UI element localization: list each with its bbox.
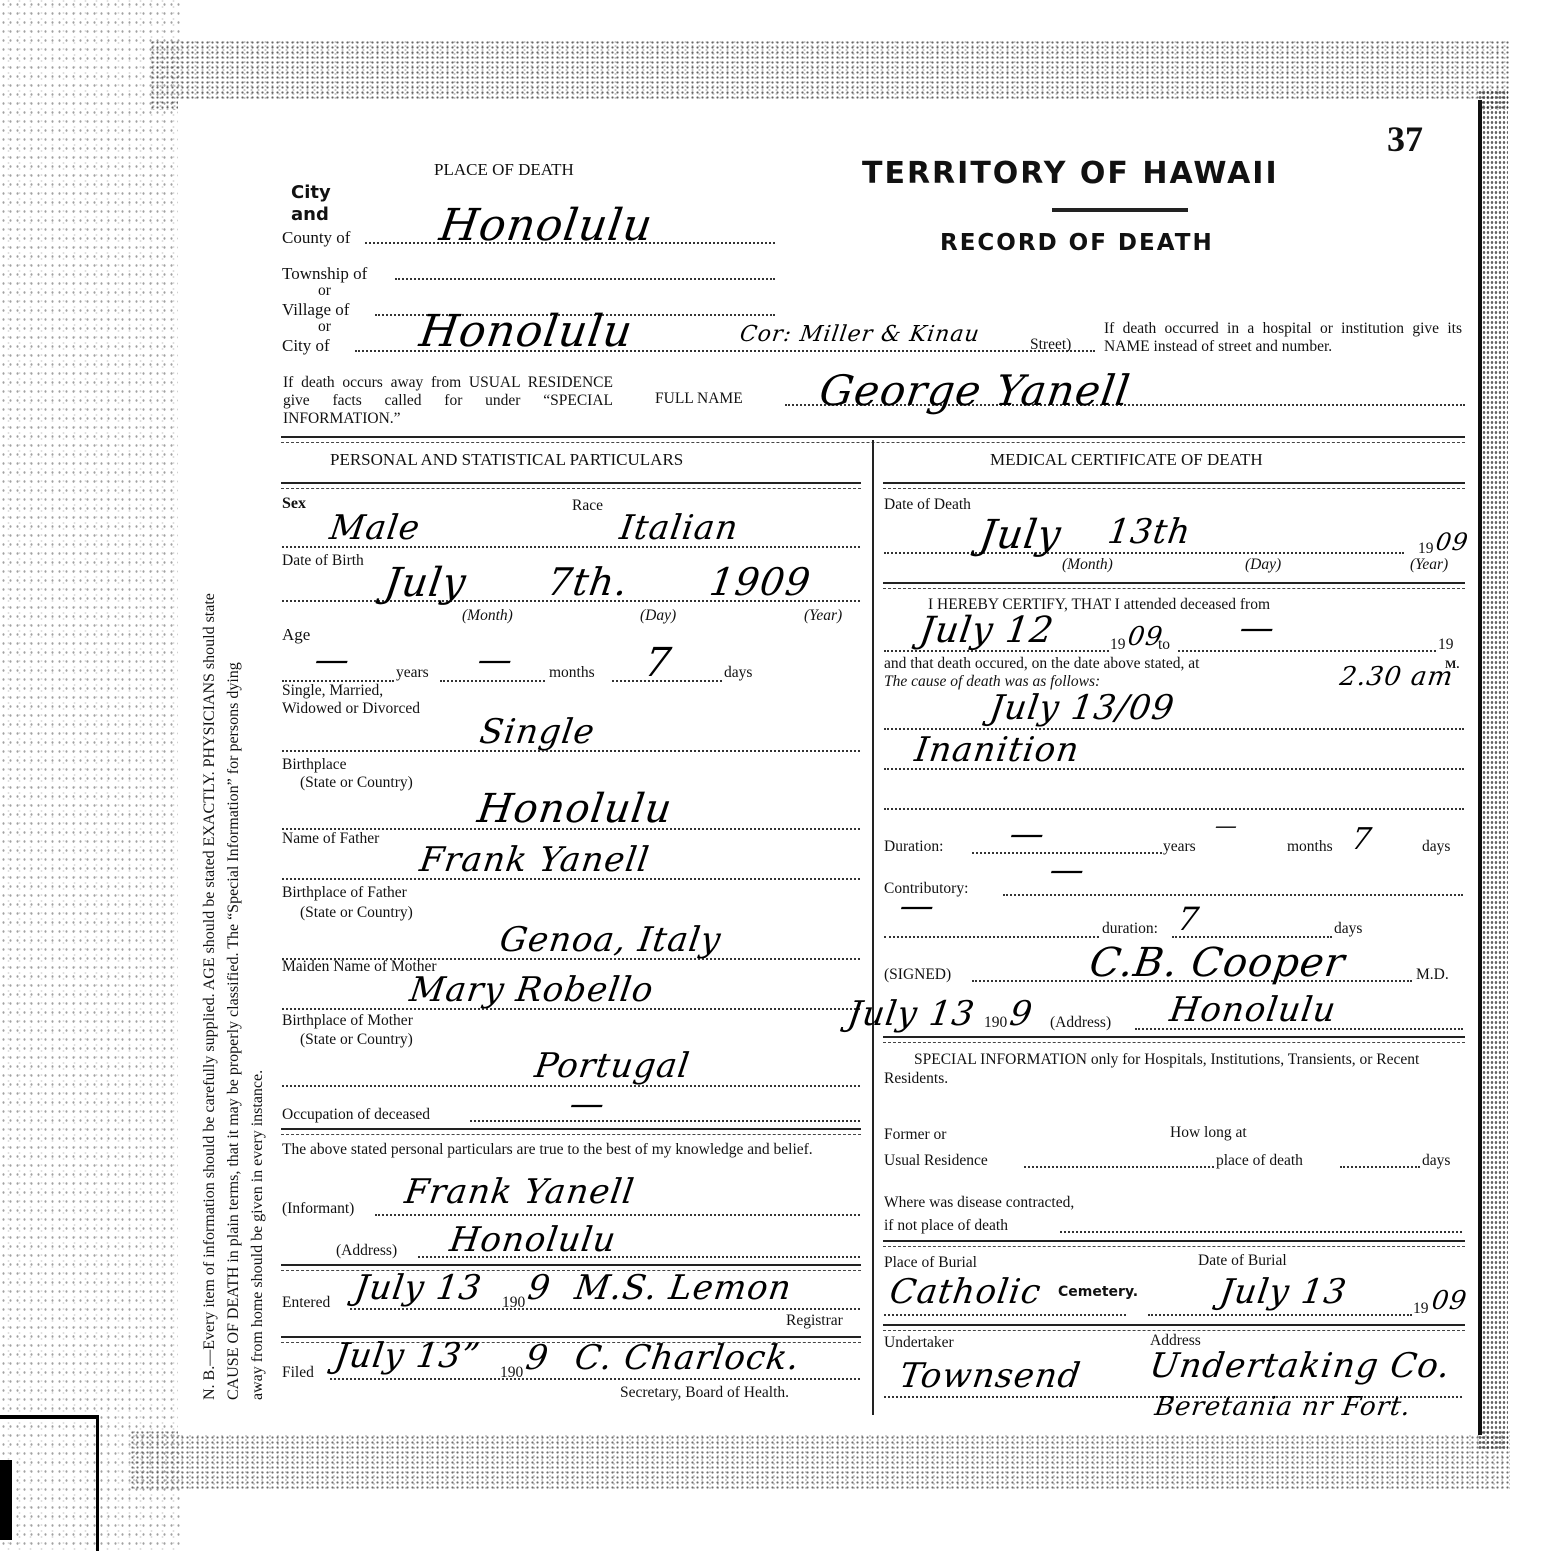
disease-contracted-line xyxy=(1060,1231,1462,1233)
dob-month: July xyxy=(382,560,470,606)
age-months-label: months xyxy=(549,664,595,682)
street-label: Street) xyxy=(1030,336,1071,354)
attended-from: July 12 xyxy=(917,610,1056,651)
informant-label: (Informant) xyxy=(282,1200,354,1218)
section-divider xyxy=(883,1036,1465,1043)
mother-birthplace-label-1: Birthplace of Mother xyxy=(282,1012,413,1030)
birthplace-label-2: (State or Country) xyxy=(300,774,413,792)
former-label: Former or xyxy=(884,1126,946,1144)
secretary-signature: C. Charlock. xyxy=(572,1338,802,1378)
address-value: Honolulu xyxy=(1167,990,1339,1030)
registrar-signature: M.S. Lemon xyxy=(572,1268,794,1308)
city-value: Honolulu xyxy=(416,306,636,357)
township-label: Township of xyxy=(282,264,367,284)
informant-address-value: Honolulu xyxy=(447,1220,619,1260)
father-birthplace-value: Genoa, Italy xyxy=(497,920,724,960)
document-title: TERRITORY OF HAWAII xyxy=(862,156,1279,191)
dod-day: 13th xyxy=(1105,512,1193,552)
year-caption: (Year) xyxy=(804,607,842,625)
mother-birthplace-value: Portugal xyxy=(532,1046,692,1086)
burial-place-line xyxy=(884,1314,1126,1316)
usual-residence-label: Usual Residence xyxy=(884,1152,988,1170)
burial-year-prefix: 19 xyxy=(1413,1300,1429,1318)
father-value: Frank Yanell xyxy=(417,840,652,880)
informant-address-label: (Address) xyxy=(336,1242,397,1260)
contributory-line xyxy=(1003,894,1463,896)
contrib-duration-label: duration: xyxy=(1102,920,1158,938)
duration-months-value: — xyxy=(1213,814,1240,839)
age-days-label: days xyxy=(724,664,752,682)
cause-line2: Inanition xyxy=(912,730,1082,770)
and-label: and xyxy=(291,204,329,225)
side-note-line-2: CAUSE OF DEATH in plain terms, that it m… xyxy=(222,593,246,1400)
marital-label-2: Widowed or Divorced xyxy=(282,700,420,718)
to-label: to xyxy=(1158,636,1170,654)
dod-day-caption: (Day) xyxy=(1245,556,1281,574)
usual-residence-line xyxy=(1024,1166,1214,1168)
attended-to-year: 19 xyxy=(1438,636,1454,654)
duration-label: Duration: xyxy=(884,838,943,856)
place-of-death-label: place of death xyxy=(1216,1152,1303,1170)
burial-year-suffix: 09 xyxy=(1430,1286,1469,1316)
section-divider xyxy=(281,1128,861,1135)
village-label: Village of xyxy=(282,300,349,320)
dod-month: July xyxy=(977,512,1065,558)
disease-contracted-label-2: if not place of death xyxy=(884,1217,1008,1235)
age-label: Age xyxy=(282,625,310,645)
full-name-label: FULL NAME xyxy=(655,390,743,408)
scan-noise-right xyxy=(1478,90,1508,1450)
undertaker-label: Undertaker xyxy=(884,1334,954,1352)
scan-edge-line xyxy=(96,1415,99,1551)
birthplace-value: Honolulu xyxy=(475,786,675,832)
signed-year-prefix: 190 xyxy=(984,1014,1007,1032)
title-divider xyxy=(1052,208,1188,212)
side-note-line-3: away from home should be given in every … xyxy=(246,593,270,1400)
dod-label: Date of Death xyxy=(884,496,971,514)
signed-value: C.B. Cooper xyxy=(1087,940,1348,986)
filed-date: July 13” xyxy=(332,1336,483,1376)
sex-label: Sex xyxy=(282,495,306,513)
how-long-line xyxy=(1340,1166,1420,1168)
duration-years-value: — xyxy=(1007,814,1048,854)
scan-edge-line xyxy=(0,1415,98,1419)
contrib-days-label: days xyxy=(1334,920,1362,938)
side-instructions: N. B.—Every item of information should b… xyxy=(198,593,270,1400)
filed-label: Filed xyxy=(282,1364,314,1382)
scan-noise-left xyxy=(0,0,180,1551)
entered-line xyxy=(350,1308,860,1310)
age-years-value: — xyxy=(312,640,353,680)
days-label: days xyxy=(1422,1152,1450,1170)
section-divider xyxy=(281,482,861,489)
entered-date: July 13 xyxy=(352,1268,484,1308)
burial-date-label: Date of Burial xyxy=(1198,1252,1287,1270)
age-months-value: — xyxy=(475,640,516,680)
burial-date-value: July 13 xyxy=(1217,1272,1349,1312)
md-label: M.D. xyxy=(1416,966,1449,984)
section-divider xyxy=(883,1240,1465,1247)
place-of-death-heading: PLACE OF DEATH xyxy=(434,160,574,180)
county-value: Honolulu xyxy=(436,200,656,251)
mother-birthplace-label-2: (State or Country) xyxy=(300,1031,413,1049)
attended-to-line xyxy=(1178,650,1436,652)
occupation-line xyxy=(470,1120,860,1122)
personal-heading: PERSONAL AND STATISTICAL PARTICULARS xyxy=(330,450,683,470)
birthplace-label-1: Birthplace xyxy=(282,756,347,774)
institution-note: If death occurred in a hospital or insti… xyxy=(1104,320,1462,356)
father-label: Name of Father xyxy=(282,830,379,848)
death-time-text: and that death occured, on the date abov… xyxy=(884,655,1199,673)
how-long-label: How long at xyxy=(1170,1124,1247,1142)
marital-value: Single xyxy=(477,712,597,752)
column-divider xyxy=(872,440,874,1415)
attended-year-prefix: 19 xyxy=(1110,636,1126,654)
disease-contracted-label-1: Where was disease contracted, xyxy=(884,1194,1074,1212)
month-caption: (Month) xyxy=(462,607,513,625)
contributory-dash: — xyxy=(897,886,938,926)
undertaker-value: Townsend xyxy=(897,1356,1083,1396)
township-line xyxy=(395,278,775,280)
city-label: City xyxy=(291,182,331,203)
undertaker-address-value: Undertaking Co. xyxy=(1147,1346,1453,1386)
age-years-label: years xyxy=(396,664,429,682)
side-note-line-1: N. B.—Every item of information should b… xyxy=(198,593,222,1400)
city-of-label: City of xyxy=(282,336,330,356)
medical-heading: MEDICAL CERTIFICATE OF DEATH xyxy=(990,450,1263,470)
or-label: or xyxy=(318,318,331,336)
dob-day: 7th. xyxy=(545,560,631,604)
death-time-value: 2.30 am xyxy=(1338,662,1456,692)
father-birthplace-label-1: Birthplace of Father xyxy=(282,884,407,902)
dod-year-caption: (Year) xyxy=(1410,556,1448,574)
entered-year-prefix: 190 xyxy=(502,1294,525,1312)
race-label: Race xyxy=(572,497,603,515)
sex-value: Male xyxy=(327,508,423,548)
section-divider xyxy=(883,1324,1465,1331)
dod-month-caption: (Month) xyxy=(1062,556,1113,574)
marital-label-1: Single, Married, xyxy=(282,682,383,700)
age-months-line xyxy=(440,680,545,682)
cause-line1: July 13/09 xyxy=(987,688,1177,728)
occupation-label: Occupation of deceased xyxy=(282,1106,430,1124)
attended-to: — xyxy=(1237,608,1278,648)
away-note: If death occurs away from USUAL RESIDENC… xyxy=(283,374,613,428)
informant-line xyxy=(375,1214,860,1216)
street-value: Cor: Miller & Kinau xyxy=(738,322,981,347)
special-info-heading: SPECIAL INFORMATION only for Hospitals, … xyxy=(884,1050,1462,1088)
scan-dark-corner xyxy=(0,1460,12,1540)
cause-line-3 xyxy=(884,808,1464,810)
undertaker-address-line2: Beretania nr Fort. xyxy=(1153,1392,1413,1422)
signed-label: (SIGNED) xyxy=(884,966,951,984)
informant-value: Frank Yanell xyxy=(402,1172,637,1212)
section-divider xyxy=(883,582,1465,589)
cemetery-label: Cemetery. xyxy=(1058,1284,1138,1300)
attestation-text: The above stated personal particulars ar… xyxy=(282,1140,860,1159)
contrib-duration-line xyxy=(884,936,1099,938)
duration-years-label: years xyxy=(1163,838,1196,856)
mother-value: Mary Robello xyxy=(407,970,656,1010)
duration-days-label: days xyxy=(1422,838,1450,856)
entered-label: Entered xyxy=(282,1294,330,1312)
secretary-label: Secretary, Board of Health. xyxy=(620,1384,789,1402)
contributory-value: — xyxy=(1047,850,1088,890)
occupation-value: — xyxy=(567,1084,608,1124)
filed-year-prefix: 190 xyxy=(500,1364,523,1382)
or-label: or xyxy=(318,282,331,300)
dob-year: 1909 xyxy=(707,560,814,604)
day-caption: (Day) xyxy=(640,607,676,625)
race-value: Italian xyxy=(617,508,741,548)
document-subtitle: RECORD OF DEATH xyxy=(940,230,1214,256)
burial-place-label: Place of Burial xyxy=(884,1254,977,1272)
dod-year-suffix: 09 xyxy=(1434,528,1470,556)
filed-line xyxy=(330,1378,860,1380)
dob-label: Date of Birth xyxy=(282,552,364,570)
duration-months-label: months xyxy=(1287,838,1333,856)
signed-date: July 13 xyxy=(845,994,977,1034)
section-divider xyxy=(883,482,1465,489)
father-birthplace-label-2: (State or Country) xyxy=(300,904,413,922)
burial-place-value: Catholic xyxy=(887,1272,1044,1312)
serial-number: 37 xyxy=(1387,118,1423,160)
dod-line xyxy=(884,552,1404,554)
county-label: County of xyxy=(282,228,350,248)
burial-date-line xyxy=(1148,1314,1412,1316)
full-name-value: George Yanell xyxy=(817,366,1134,415)
scan-noise-bottom xyxy=(130,1430,1510,1490)
registrar-label: Registrar xyxy=(786,1312,843,1330)
address-label: (Address) xyxy=(1050,1014,1111,1032)
